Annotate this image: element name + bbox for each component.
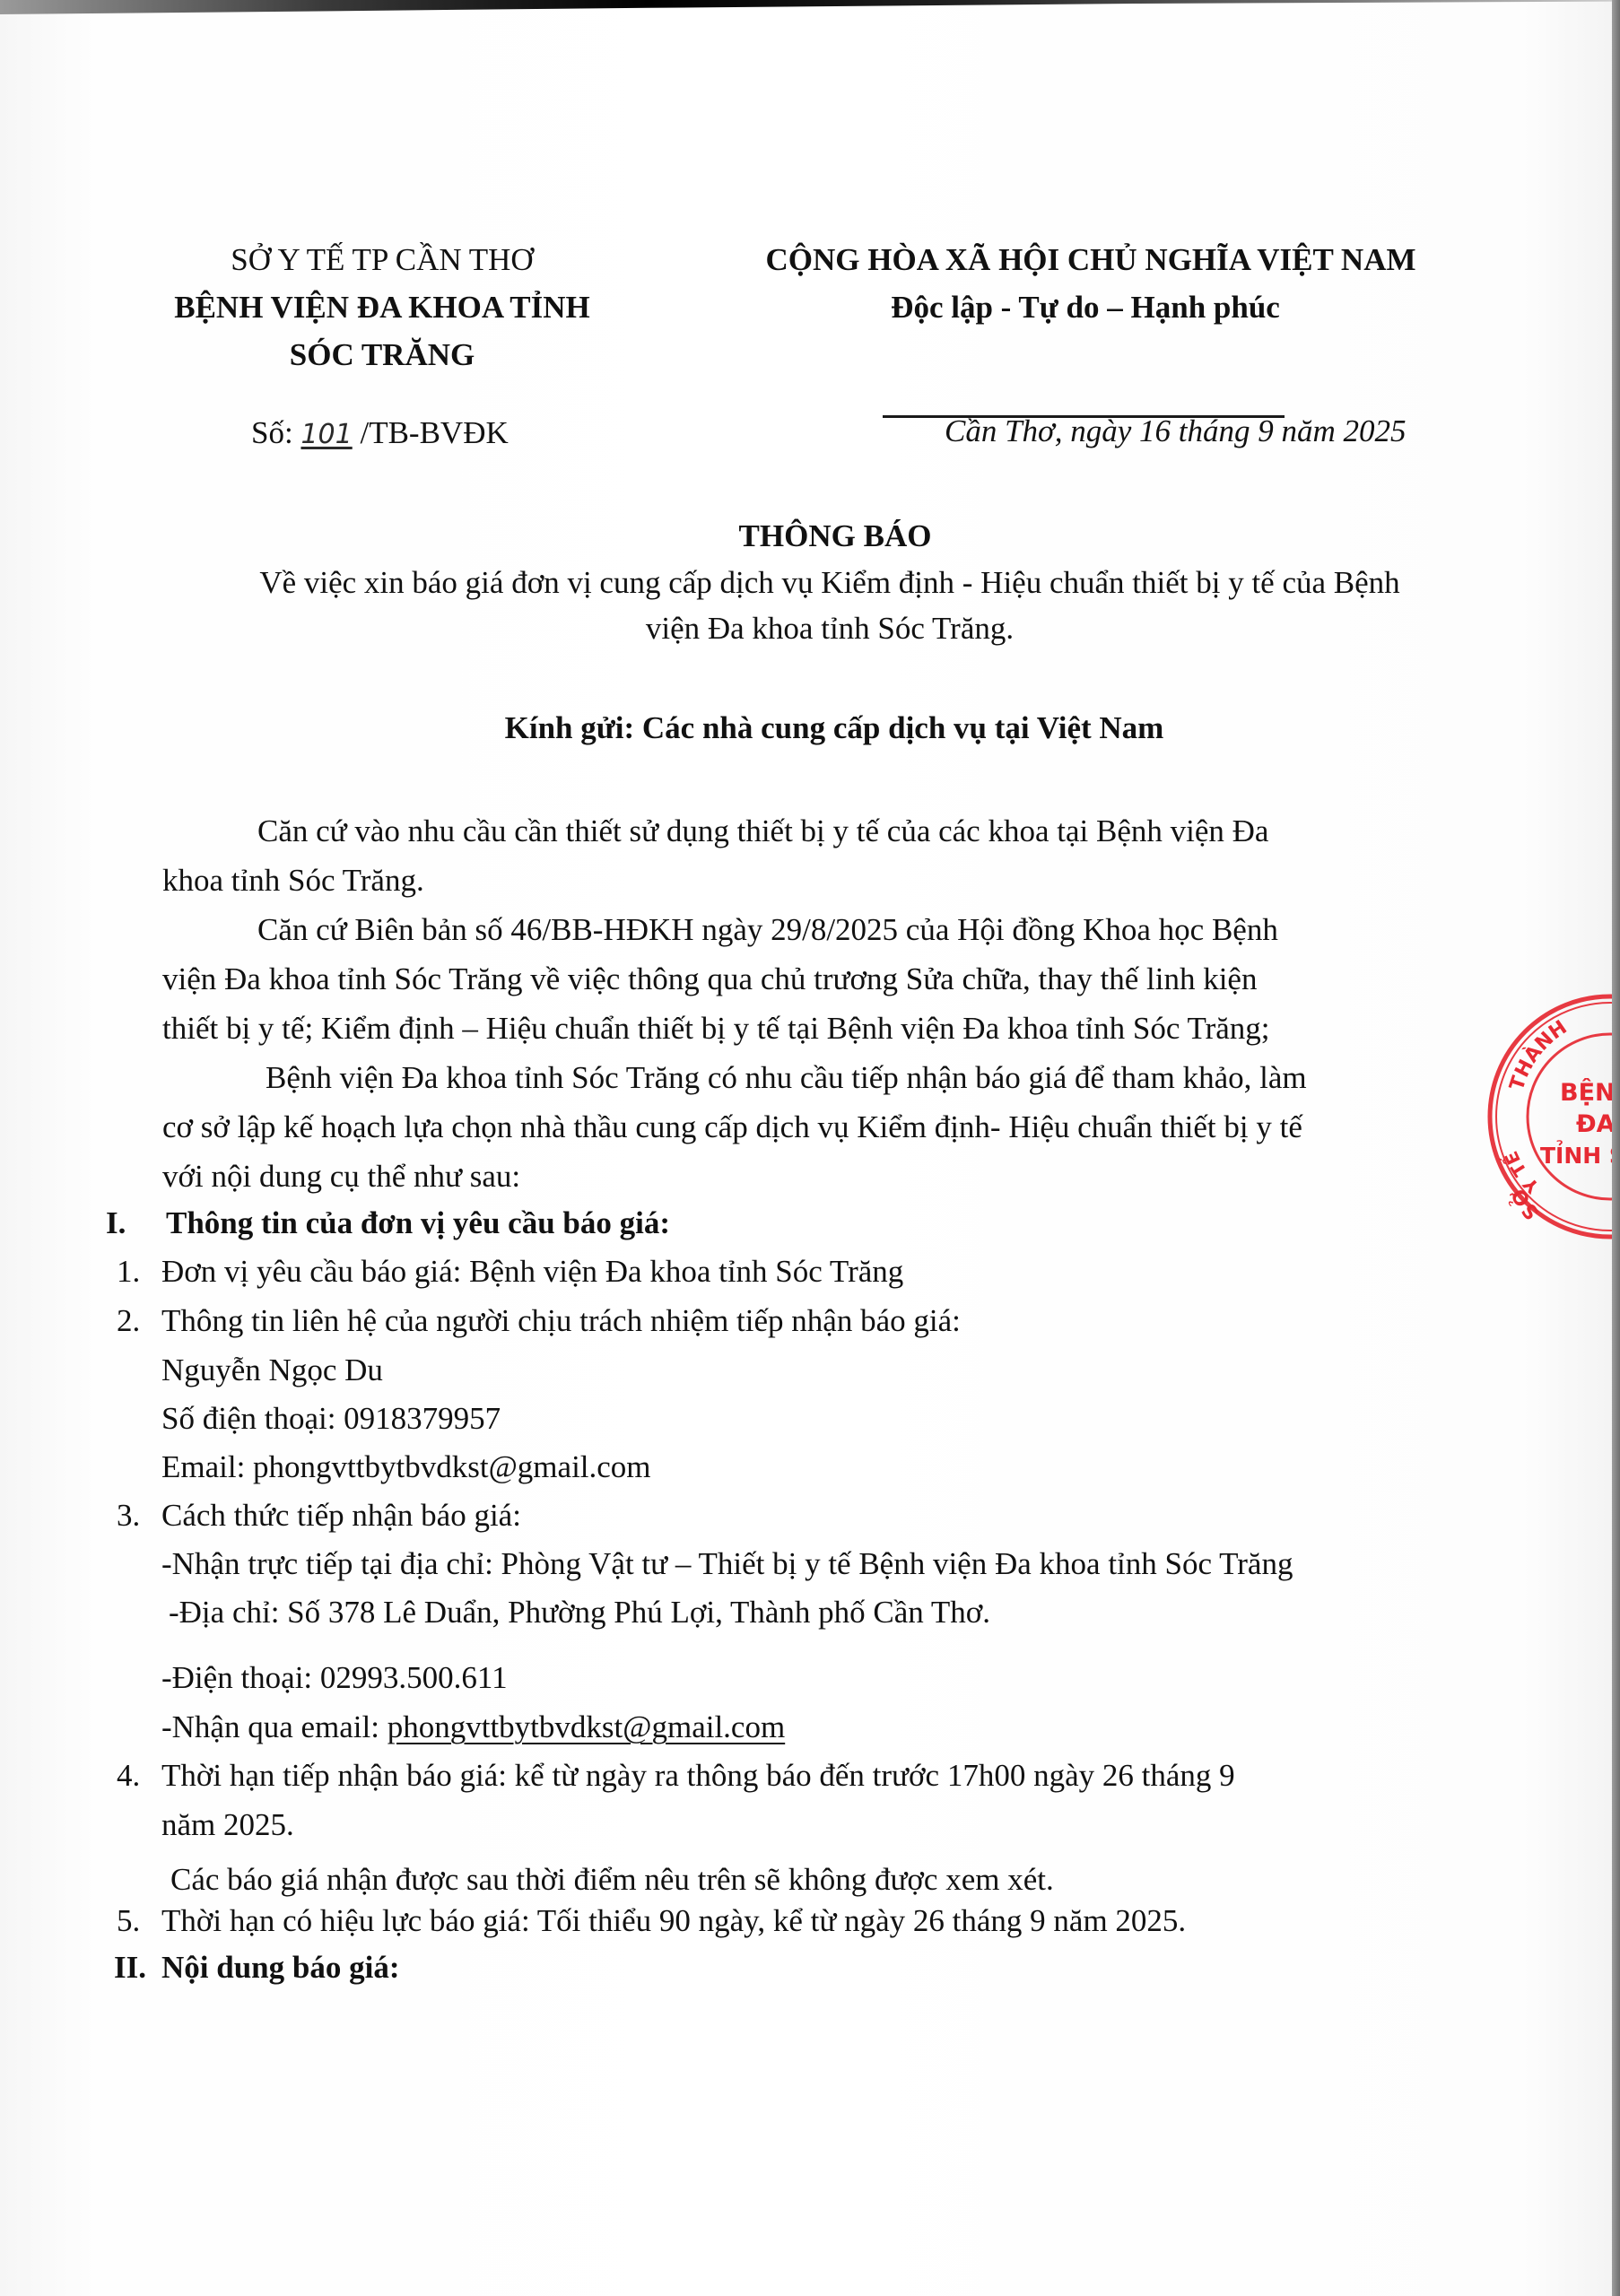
preamble-line: khoa tỉnh Sóc Trăng. [162,865,424,896]
contact-name: Nguyễn Ngọc Du [161,1354,383,1386]
hospital-name-line1: BỆNH VIỆN ĐA KHOA TỈNH [174,291,590,323]
item-number: 1. [117,1256,140,1287]
receipt-phone: -Điện thoại: 02993.500.611 [161,1662,508,1693]
preamble-line: với nội dung cụ thể như sau: [162,1161,520,1192]
section-1-heading: Thông tin của đơn vị yêu cầu báo giá: [166,1207,670,1239]
svg-text:SỞ: SỞ [1505,1184,1544,1223]
receipt-email-link[interactable]: phongvttbytbvdkst@gmail.com [388,1709,785,1744]
item-contact-info: Thông tin liên hệ của người chịu trách n… [161,1305,961,1336]
place-and-date: Cần Thơ, ngày 16 tháng 9 năm 2025 [945,415,1407,447]
item-requesting-unit: Đơn vị yêu cầu báo giá: Bệnh viện Đa kho… [161,1256,903,1287]
official-seal-stamp: THÀNH Y TẾ SỞ BỆNH V ĐA K TỈNH SÓC [1486,993,1620,1240]
section-2-numeral: II. [114,1952,146,1983]
item-number: 5. [117,1905,140,1936]
hospital-name-line2: SÓC TRĂNG [290,339,475,370]
scan-top-edge-shadow [0,0,1620,14]
receipt-in-person: -Nhận trực tiếp tại địa chỉ: Phòng Vật t… [161,1548,1293,1579]
doc-number-suffix: /TB-BVĐK [360,415,508,450]
item-number: 4. [117,1760,140,1791]
item-validity: Thời hạn có hiệu lực báo giá: Tối thiểu … [161,1905,1186,1936]
department-name: SỞ Y TẾ TP CẦN THƠ [231,244,533,275]
stamp-center-line1: BỆNH V [1560,1078,1620,1107]
notice-subject-line2: viện Đa khoa tỉnh Sóc Trăng. [646,613,1014,644]
national-motto: Độc lập - Tự do – Hạnh phúc [891,291,1280,323]
preamble-line: Bệnh viện Đa khoa tỉnh Sóc Trăng có nhu … [266,1062,1307,1093]
preamble-line: cơ sở lập kế hoạch lựa chọn nhà thầu cun… [162,1111,1302,1143]
item-number: 2. [117,1305,140,1336]
scan-right-edge [1612,0,1620,2296]
doc-number-handwritten: 101 [300,419,352,450]
contact-email: Email: phongvttbytbvdkst@gmail.com [161,1451,651,1483]
stamp-center-line3: TỈNH SÓC [1540,1139,1620,1169]
document-number: Số: 101 /TB-BVĐK [251,417,509,448]
receipt-email: -Nhận qua email: phongvttbytbvdkst@gmail… [161,1711,785,1743]
receipt-email-label: -Nhận qua email: [161,1709,388,1744]
document-page: SỞ Y TẾ TP CẦN THƠ BỆNH VIỆN ĐA KHOA TỈN… [0,0,1620,2296]
item-deadline: Thời hạn tiếp nhận báo giá: kể từ ngày r… [161,1760,1235,1791]
national-title: CỘNG HÒA XÃ HỘI CHỦ NGHĨA VIỆT NAM [765,244,1415,275]
doc-number-prefix: Số: [251,415,293,450]
item-deadline-continued: năm 2025. [161,1809,294,1840]
item-number: 3. [117,1500,140,1531]
deadline-note: Các báo giá nhận được sau thời điểm nêu … [170,1864,1054,1895]
section-2-heading: Nội dung báo giá: [161,1952,400,1983]
recipient-line: Kính gửi: Các nhà cung cấp dịch vụ tại V… [505,712,1164,744]
preamble-line: Căn cứ Biên bản số 46/BB-HĐKH ngày 29/8/… [257,914,1278,945]
contact-phone: Số điện thoại: 0918379957 [161,1403,501,1434]
notice-heading: THÔNG BÁO [739,520,932,552]
preamble-line: viện Đa khoa tỉnh Sóc Trăng về việc thôn… [162,963,1257,995]
preamble-line: thiết bị y tế; Kiểm định – Hiệu chuẩn th… [162,1013,1270,1044]
receipt-address: -Địa chỉ: Số 378 Lê Duẩn, Phường Phú Lợi… [169,1596,990,1628]
notice-subject-line1: Về việc xin báo giá đơn vị cung cấp dịch… [259,567,1399,598]
item-receipt-method: Cách thức tiếp nhận báo giá: [161,1500,521,1531]
section-1-numeral: I. [106,1207,126,1239]
preamble-line: Căn cứ vào nhu cầu cần thiết sử dụng thi… [257,815,1268,847]
stamp-ring-bottom: SỞ [1505,1184,1544,1223]
